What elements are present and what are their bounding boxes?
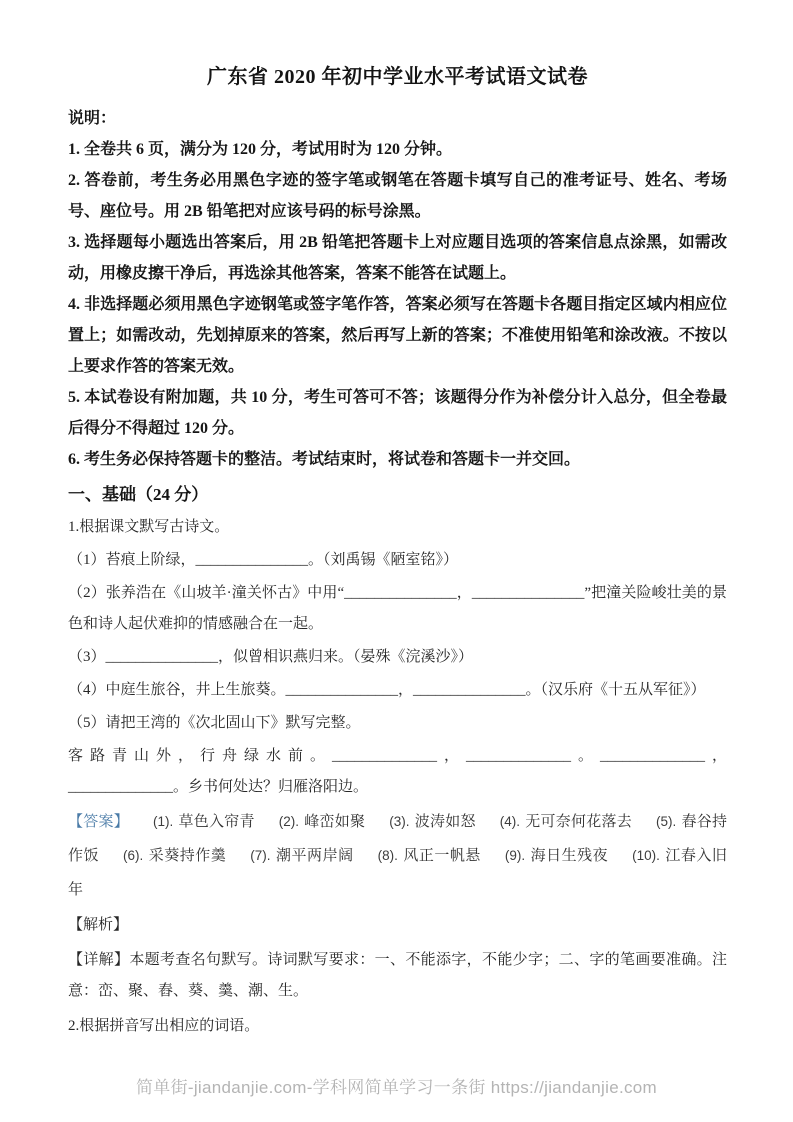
answer-item: (7).潮平两岸阔: [250, 848, 377, 864]
answer-item: (2).峰峦如聚: [279, 814, 390, 830]
instruction-item-4: 4. 非选择题必须用黑色字迹钢笔或签字笔作答，答案必须写在答题卡各题目指定区域内…: [68, 289, 727, 382]
answer-item: (6).采葵持作羹: [123, 848, 250, 864]
analysis-detail: 【详解】本题考查名句默写。诗词默写要求：一、不能添字，不能少字；二、字的笔画要准…: [68, 945, 727, 1007]
analysis-label: 【解析】: [68, 910, 727, 941]
question-1-part-1: （1）苔痕上阶绿，_______________。（刘禹锡《陋室铭》）: [68, 545, 727, 576]
question-2-stem: 2.根据拼音写出相应的词语。: [68, 1011, 727, 1042]
answer-item: (3).波涛如怒: [389, 814, 500, 830]
instruction-item-1: 1. 全卷共 6 页，满分为 120 分，考试用时为 120 分钟。: [68, 134, 727, 165]
exam-document-page: 广东省 2020 年初中学业水平考试语文试卷 说明： 1. 全卷共 6 页，满分…: [0, 0, 793, 1122]
question-1-part-4: （4）中庭生旅谷，井上生旅葵。_______________，_________…: [68, 675, 727, 706]
answer-item: (1).草色入帘青: [153, 814, 279, 830]
instructions-section: 说明： 1. 全卷共 6 页，满分为 120 分，考试用时为 120 分钟。 2…: [68, 103, 727, 475]
analysis-block: 【解析】 【详解】本题考查名句默写。诗词默写要求：一、不能添字，不能少字；二、字…: [68, 910, 727, 1007]
answer-item: (9).海日生残夜: [505, 848, 632, 864]
answer-block: 【答案】(1).草色入帘青(2).峰峦如聚(3).波涛如怒(4).无可奈何花落去…: [68, 805, 727, 907]
question-1-block: 1.根据课文默写古诗文。 （1）苔痕上阶绿，_______________。（刘…: [68, 512, 727, 803]
instruction-item-2: 2. 答卷前，考生务必用黑色字迹的签字笔或钢笔在答题卡填写自己的准考证号、姓名、…: [68, 165, 727, 227]
question-1-part-5: （5）请把王湾的《次北固山下》默写完整。: [68, 708, 727, 739]
answer-item: (4).无可奈何花落去: [500, 814, 656, 830]
instruction-item-6: 6. 考生务必保持答题卡的整洁。考试结束时，将试卷和答题卡一并交回。: [68, 444, 727, 475]
question-1-part-3: （3）_______________，似曾相识燕归来。（晏殊《浣溪沙》）: [68, 642, 727, 673]
question-1-part-2: （2）张养浩在《山坡羊·潼关怀古》中用“_______________，____…: [68, 578, 727, 640]
page-title: 广东省 2020 年初中学业水平考试语文试卷: [68, 60, 727, 89]
instructions-heading: 说明：: [68, 103, 727, 134]
question-1-stem: 1.根据课文默写古诗文。: [68, 512, 727, 543]
instruction-item-3: 3. 选择题每小题选出答案后，用 2B 铅笔把答题卡上对应题目选项的答案信息点涂…: [68, 227, 727, 289]
instruction-item-5: 5. 本试卷设有附加题，共 10 分，考生可答可不答；该题得分作为补偿分计入总分…: [68, 382, 727, 444]
answer-item: (8).风正一帆悬: [378, 848, 505, 864]
answer-label: 【答案】: [68, 814, 129, 830]
footer-watermark: 简单街-jiandanjie.com-学科网简单学习一条街 https://ji…: [0, 1073, 793, 1098]
question-1-poem-line: 客路青山外，行舟绿水前。______________，_____________…: [68, 741, 727, 803]
section-heading-basics: 一、基础（24 分）: [68, 479, 727, 510]
